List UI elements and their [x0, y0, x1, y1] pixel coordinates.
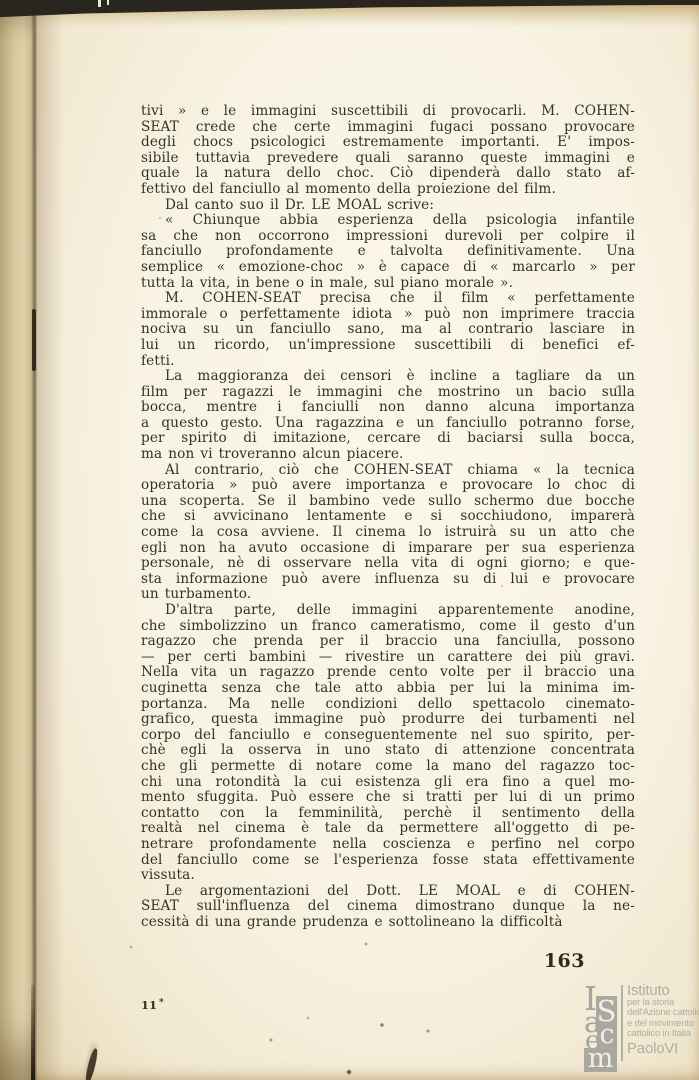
body-text: tivi » e le immagini suscettibili di pro…: [141, 104, 635, 930]
text-line: ma non vi troveranno alcun piacere.: [141, 447, 635, 463]
book-page: tivi » e le immagini suscettibili di pro…: [34, 5, 699, 1080]
text-line: Nella vita un ragazzo prende cento volte…: [141, 665, 635, 681]
text-line: cuginetta senza che tale atto abbia per …: [141, 681, 635, 697]
text-line: fetti.: [141, 354, 635, 370]
paragraph: Al contrario, ciò che COHEN-SEAT chiama …: [141, 463, 635, 603]
text-line: SEAT crede che certe immagini fugaci pos…: [141, 120, 635, 136]
page-number: 163: [544, 950, 585, 972]
text-line: vissuta.: [141, 868, 635, 884]
text-line: che simbolizzino un franco cameratismo, …: [141, 619, 635, 635]
text-line: personale, nè di osservare nella vita di…: [141, 556, 635, 572]
text-line: tivi » e le immagini suscettibili di pro…: [141, 104, 635, 120]
text-line: cessità di una grande prudenza e sottoli…: [141, 915, 635, 931]
text-line: Al contrario, ciò che COHEN-SEAT chiama …: [141, 463, 635, 479]
watermark-divider: [621, 985, 623, 1061]
text-line: sta informazione può avere influenza su …: [141, 572, 635, 588]
text-line: contatto con la femminilità, perchè il s…: [141, 806, 635, 822]
text-line: lui un ricordo, un'impressione suscettib…: [141, 338, 635, 354]
paragraph: tivi » e le immagini suscettibili di pro…: [141, 104, 635, 198]
isacem-logo: ISacem: [584, 986, 618, 1072]
paragraph: La maggioranza dei censori è incline a t…: [141, 369, 635, 463]
signature-asterisk: *: [159, 998, 164, 1008]
adjacent-page-edge: [0, 9, 34, 1080]
paragraph: D'altra parte, delle immagini apparentem…: [141, 603, 635, 884]
text-line: sibile tuttavia prevedere quali saranno …: [141, 151, 635, 167]
page-edge-mark: [98, 0, 101, 7]
text-line: nociva su un fanciullo sano, ma al contr…: [141, 322, 635, 338]
paragraph: « Chiunque abbia esperienza della psicol…: [141, 213, 635, 291]
scanned-book-page: tivi » e le immagini suscettibili di pro…: [0, 0, 699, 1080]
text-line: ragazzo che prenda per il braccio una fa…: [141, 634, 635, 650]
text-line: sa che non occorrono impressioni durevol…: [141, 229, 635, 245]
binding-crease: [31, 9, 37, 1080]
logo-letter: m: [584, 1048, 617, 1072]
text-line: M. COHEN-SEAT precisa che il film « perf…: [141, 291, 635, 307]
text-line: a questo gesto. Una ragazzina e un fanci…: [141, 416, 635, 432]
text-line: chè egli la osserva in uno stato di atte…: [141, 743, 635, 759]
text-line: SEAT sull'influenza del cinema dimostran…: [141, 899, 635, 915]
text-line: una scoperta. Se il bambino vede sullo s…: [141, 494, 635, 510]
text-line: — per certi bambini — rivestire un carat…: [141, 650, 635, 666]
text-line: chi una rotondità la cui esistenza gli e…: [141, 775, 635, 791]
signature-number: 11: [141, 998, 157, 1012]
text-line: per spirito di imitazione, cercare di ba…: [141, 431, 635, 447]
paragraph: Le argomentazioni del Dott. LE MOAL e di…: [141, 884, 635, 931]
page-edge-mark: [107, 0, 109, 5]
text-line: quale la natura dello choc. Ciò dipender…: [141, 166, 635, 182]
text-line: fanciullo profondamente e talvolta defin…: [141, 244, 635, 260]
text-line: bocca, mentre i fanciulli non danno alcu…: [141, 400, 635, 416]
watermark-line: cattolico in Italia: [627, 1029, 699, 1039]
text-line: un turbamento.: [141, 587, 635, 603]
text-line: realtà nel cinema è tale da permettere a…: [141, 821, 635, 837]
text-line: film per ragazzi le immagini che mostrin…: [141, 385, 635, 401]
text-line: grafico, questa immagine può produrre de…: [141, 712, 635, 728]
text-line: D'altra parte, delle immagini apparentem…: [141, 603, 635, 619]
text-line: che gli permette di notare come la mano …: [141, 759, 635, 775]
text-line: immorale o perfettamente idiota » può no…: [141, 307, 635, 323]
text-line: corpo del fanciullo e conseguentemente n…: [141, 728, 635, 744]
text-line: Dal canto suo il Dr. LE MOAL scrive:: [141, 198, 635, 214]
text-line: fettivo del fanciullo al momento della p…: [141, 182, 635, 198]
watermark-line: PaoloVI: [627, 1040, 699, 1057]
text-line: « Chiunque abbia esperienza della psicol…: [141, 213, 635, 229]
paragraph: Dal canto suo il Dr. LE MOAL scrive:: [141, 198, 635, 214]
text-line: tutta la vita, in bene o in male, sul pi…: [141, 276, 635, 292]
text-line: mento sfuggita. Può essere che si tratti…: [141, 790, 635, 806]
text-line: netrare profondamente nella coscienza e …: [141, 837, 635, 853]
text-line: La maggioranza dei censori è incline a t…: [141, 369, 635, 385]
text-line: portanza. Ma nelle condizioni dello spet…: [141, 697, 635, 713]
text-line: semplice « emozione-choc » è capace di «…: [141, 260, 635, 276]
text-line: egli non ha avuto occasione di imparare …: [141, 541, 635, 557]
text-line: degli chocs psicologici estremamente imp…: [141, 135, 635, 151]
text-line: operatoria » può avere importanza e prov…: [141, 478, 635, 494]
watermark-line: Istituto: [627, 983, 699, 998]
watermark-text: Istituto per la storia dell'Azione catto…: [627, 983, 699, 1057]
text-line: che si avvicinano lentamente e si socchi…: [141, 509, 635, 525]
text-line: del fanciullo come se l'esperienza fosse…: [141, 853, 635, 869]
text-line: come la cosa avviene. Il cinema lo istru…: [141, 525, 635, 541]
text-line: Le argomentazioni del Dott. LE MOAL e di…: [141, 884, 635, 900]
paragraph: M. COHEN-SEAT precisa che il film « perf…: [141, 291, 635, 369]
signature-mark: 11*: [141, 998, 164, 1012]
